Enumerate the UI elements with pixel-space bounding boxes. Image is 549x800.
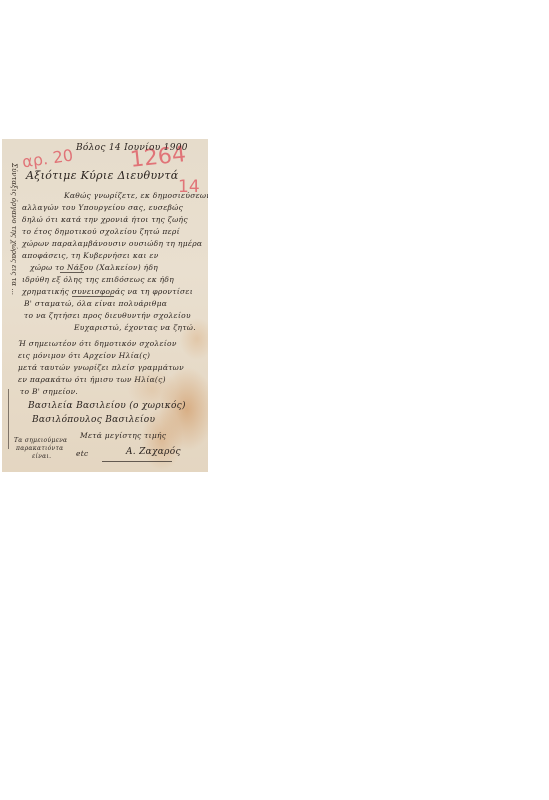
body-line: Ή σημειωτέον ότι δημοτικόν σχολείον bbox=[18, 339, 177, 348]
body-line: το Β' σημείον. bbox=[20, 387, 78, 396]
closing-line: Μετά μεγίστης τιμής bbox=[80, 431, 166, 440]
signature-line: Βασιλεία Βασιλείου (ο χωρικός) bbox=[28, 401, 186, 411]
red-annotation-number: αρ. 20 bbox=[21, 146, 74, 172]
salutation: Αξιότιμε Κύριε Διευθυντά bbox=[26, 169, 179, 182]
footer-note: είναι. bbox=[32, 453, 51, 460]
margin-note: Σύνταξις όργανο της χώρας εις τα ... bbox=[10, 163, 18, 295]
footer-mark: etc bbox=[76, 449, 89, 458]
letter-scan: αρ. 20 1264 14 Βόλος 14 Ιουνίου 1900 Σύν… bbox=[2, 139, 208, 472]
margin-rule bbox=[8, 389, 9, 449]
body-line: το έτος δημοτικού σχολείου ζητώ περί bbox=[22, 227, 180, 236]
body-line: Ευχαριστώ, έχοντας να ζητώ. bbox=[74, 323, 196, 332]
footer-note: Τα σημειούμενα bbox=[14, 437, 67, 444]
body-line: αποφάσεις, τη Κυβερνήσει και εν bbox=[22, 251, 159, 260]
body-line: χώρων παραλαμβάνουσιν ουσιώδη τη ημέρα bbox=[22, 239, 202, 248]
underline bbox=[60, 272, 84, 273]
body-line: Β' σταματώ, όλα είναι πολυάριθμα bbox=[24, 299, 167, 308]
date-line: Βόλος 14 Ιουνίου 1900 bbox=[76, 143, 188, 153]
body-line: χώρω το Νάξου (Χαλκείον) ήδη bbox=[30, 263, 158, 272]
footer-note: παρακατιόντα bbox=[16, 445, 63, 452]
body-line: μετά ταυτών γνωρίζει πλείσ γραμμάτων bbox=[18, 363, 184, 372]
body-line: εις μόνιμον ότι Αρχείον Ηλία(ς) bbox=[18, 351, 150, 360]
signature-flourish bbox=[102, 461, 172, 462]
underline bbox=[72, 296, 114, 297]
signature: Α. Ζαχαρός bbox=[126, 447, 181, 457]
body-line: εν παρακάτω ότι ήμισυ των Ηλία(ς) bbox=[18, 375, 166, 384]
body-line: ιδρύθη εξ όλης της επιδόσεως εκ ήδη bbox=[22, 275, 174, 284]
page: αρ. 20 1264 14 Βόλος 14 Ιουνίου 1900 Σύν… bbox=[0, 0, 549, 800]
signature-line: Βασιλόπουλος Βασιλείου bbox=[32, 415, 155, 425]
body-line: δηλώ ότι κατά την χρονιά ήτοι της ζωής bbox=[22, 215, 188, 224]
body-line: χρηματικής συνεισφοράς να τη φροντίσει bbox=[22, 287, 193, 296]
body-line: το να ζητήσει προς διευθυντήν σχολείου bbox=[24, 311, 191, 320]
body-line: Καθώς γνωρίζετε, εκ δημοσιεύσεων bbox=[64, 191, 208, 200]
body-line: αλλαγών του Υπουργείου σας, ευσεβώς bbox=[22, 203, 183, 212]
